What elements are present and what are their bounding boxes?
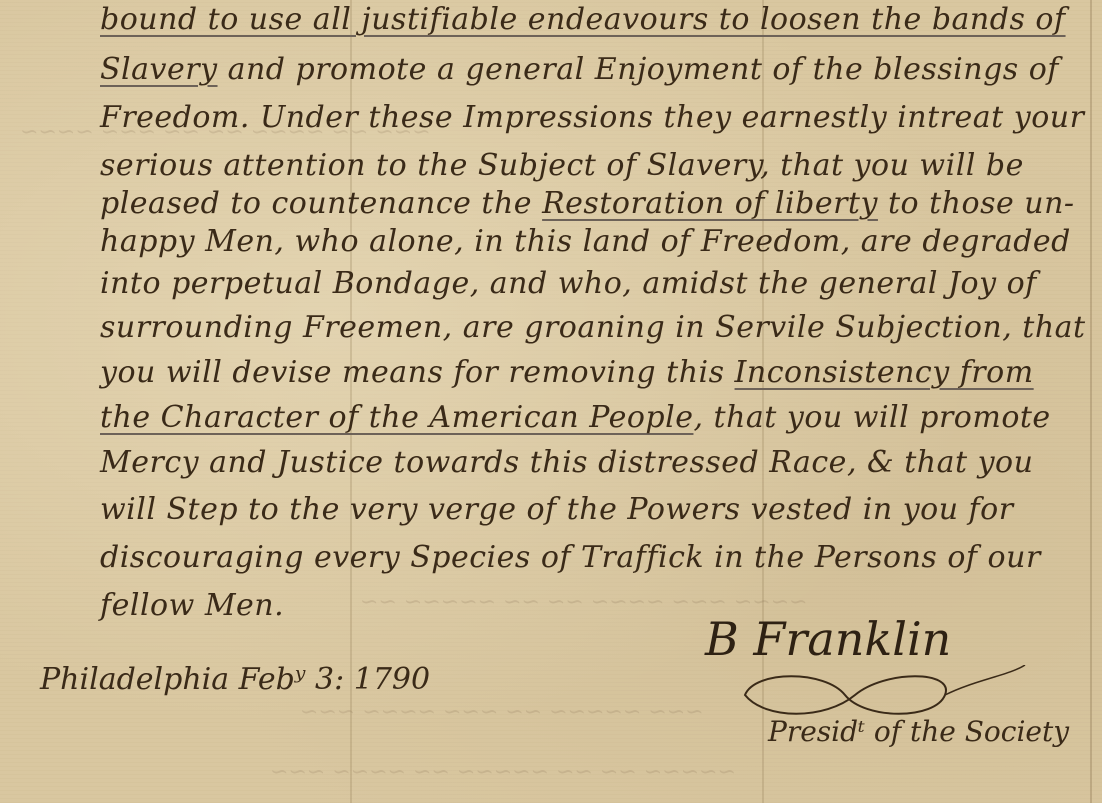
text-segment: surrounding Freemen, are groaning in Ser… bbox=[100, 310, 1086, 345]
place-and-date: Philadelphia Febʸ 3: 1790 bbox=[40, 662, 430, 697]
text-line: serious attention to the Subject of Slav… bbox=[100, 148, 1024, 183]
text-line: discouraging every Species of Traffick i… bbox=[100, 540, 1041, 575]
text-line: bound to use all justifiable endeavours … bbox=[100, 2, 1066, 37]
text-line: Freedom. Under these Impressions they ea… bbox=[100, 100, 1084, 135]
text-segment: will Step to the very verge of the Power… bbox=[100, 492, 1014, 527]
text-line: the Character of the American People, th… bbox=[100, 400, 1051, 435]
underlined-phrase: Slavery bbox=[100, 52, 218, 87]
text-segment: Freedom. Under these Impressions they ea… bbox=[100, 100, 1084, 135]
text-segment: serious attention to the Subject of Slav… bbox=[100, 148, 1024, 183]
underlined-phrase: bound to use all justifiable endeavours … bbox=[100, 2, 1066, 37]
underlined-phrase: Restoration of liberty bbox=[542, 186, 878, 221]
underlined-phrase: the Character of the American People bbox=[100, 400, 693, 435]
bleed-through-text: ~~~ ~~~~~ ~~ ~~~ ~~~~ ~~~ bbox=[300, 700, 704, 725]
text-segment: to those un- bbox=[878, 186, 1075, 221]
text-line: you will devise means for removing this … bbox=[100, 355, 1034, 390]
text-segment: pleased to countenance the bbox=[100, 186, 542, 221]
signature-name: B Franklin bbox=[705, 612, 951, 666]
text-line: Mercy and Justice towards this distresse… bbox=[100, 445, 1033, 480]
text-segment: happy Men, who alone, in this land of Fr… bbox=[100, 224, 1071, 259]
text-segment: fellow Men. bbox=[100, 588, 284, 623]
text-segment: Mercy and Justice towards this distresse… bbox=[100, 445, 1033, 480]
text-line: into perpetual Bondage, and who, amidst … bbox=[100, 266, 1037, 301]
text-segment: you will devise means for removing this bbox=[100, 355, 735, 390]
text-segment: discouraging every Species of Traffick i… bbox=[100, 540, 1041, 575]
text-line: surrounding Freemen, are groaning in Ser… bbox=[100, 310, 1086, 345]
text-segment: into perpetual Bondage, and who, amidst … bbox=[100, 266, 1037, 301]
text-line: Slavery and promote a general Enjoyment … bbox=[100, 52, 1059, 87]
signature-title: Presidᵗ of the Society bbox=[768, 715, 1069, 748]
text-line: pleased to countenance the Restoration o… bbox=[100, 186, 1075, 221]
text-line: fellow Men. bbox=[100, 588, 284, 623]
text-segment: and promote a general Enjoyment of the b… bbox=[218, 52, 1059, 87]
text-segment: , that you will promote bbox=[693, 400, 1050, 435]
text-line: happy Men, who alone, in this land of Fr… bbox=[100, 224, 1071, 259]
underlined-phrase: Inconsistency from bbox=[735, 355, 1034, 390]
bleed-through-text: ~~~~~ ~~ ~~ ~~~~~ ~~ ~~~~ ~~~ bbox=[270, 760, 736, 785]
text-line: will Step to the very verge of the Power… bbox=[100, 492, 1014, 527]
page-edge bbox=[1090, 0, 1092, 803]
